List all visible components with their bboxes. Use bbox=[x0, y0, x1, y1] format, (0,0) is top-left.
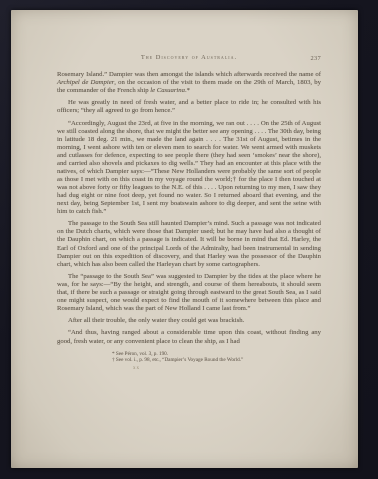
text-run: The passage to the South Sea still haunt… bbox=[57, 220, 321, 267]
paragraph: “And thus, having ranged about a conside… bbox=[57, 329, 321, 345]
footnotes: * See Péron, vol. 3, p. 190.† See vol. i… bbox=[112, 351, 321, 364]
text-block: The Discovery of Australia. 237 Rosemary… bbox=[57, 54, 321, 371]
running-title: The Discovery of Australia. bbox=[141, 54, 237, 61]
paragraph: After all their trouble, the only water … bbox=[57, 317, 321, 325]
footnote-line: † See vol. i., p. 98, etc., “Dampier’s V… bbox=[112, 357, 321, 364]
italic-text: le Casuarina bbox=[150, 87, 185, 94]
body-text: Rosemary Island.” Dampier was then among… bbox=[57, 71, 321, 346]
text-run: .* bbox=[185, 87, 190, 94]
text-run: “Accordingly, August the 23rd, at five i… bbox=[57, 120, 321, 216]
scan-border: The Discovery of Australia. 237 Rosemary… bbox=[0, 0, 378, 479]
text-run: The “passage to the South Sea” was sugge… bbox=[57, 273, 321, 312]
text-run: He was greatly in need of fresh water, a… bbox=[57, 99, 321, 114]
paragraph: “Accordingly, August the 23rd, at five i… bbox=[57, 120, 321, 217]
paragraph: The passage to the South Sea still haunt… bbox=[57, 220, 321, 268]
italic-text: Archipel de Dampier bbox=[57, 79, 114, 86]
page-header: The Discovery of Australia. 237 bbox=[57, 54, 321, 63]
paragraph: The “passage to the South Sea” was sugge… bbox=[57, 273, 321, 313]
paragraph: Rosemary Island.” Dampier was then among… bbox=[57, 71, 321, 95]
signature-mark: xx bbox=[133, 366, 321, 371]
text-run: After all their trouble, the only water … bbox=[68, 317, 244, 324]
paragraph: He was greatly in need of fresh water, a… bbox=[57, 99, 321, 115]
book-page: The Discovery of Australia. 237 Rosemary… bbox=[11, 10, 358, 468]
text-run: Rosemary Island.” Dampier was then among… bbox=[57, 71, 321, 78]
page-number: 237 bbox=[311, 55, 322, 62]
text-run: “And thus, having ranged about a conside… bbox=[57, 329, 321, 344]
